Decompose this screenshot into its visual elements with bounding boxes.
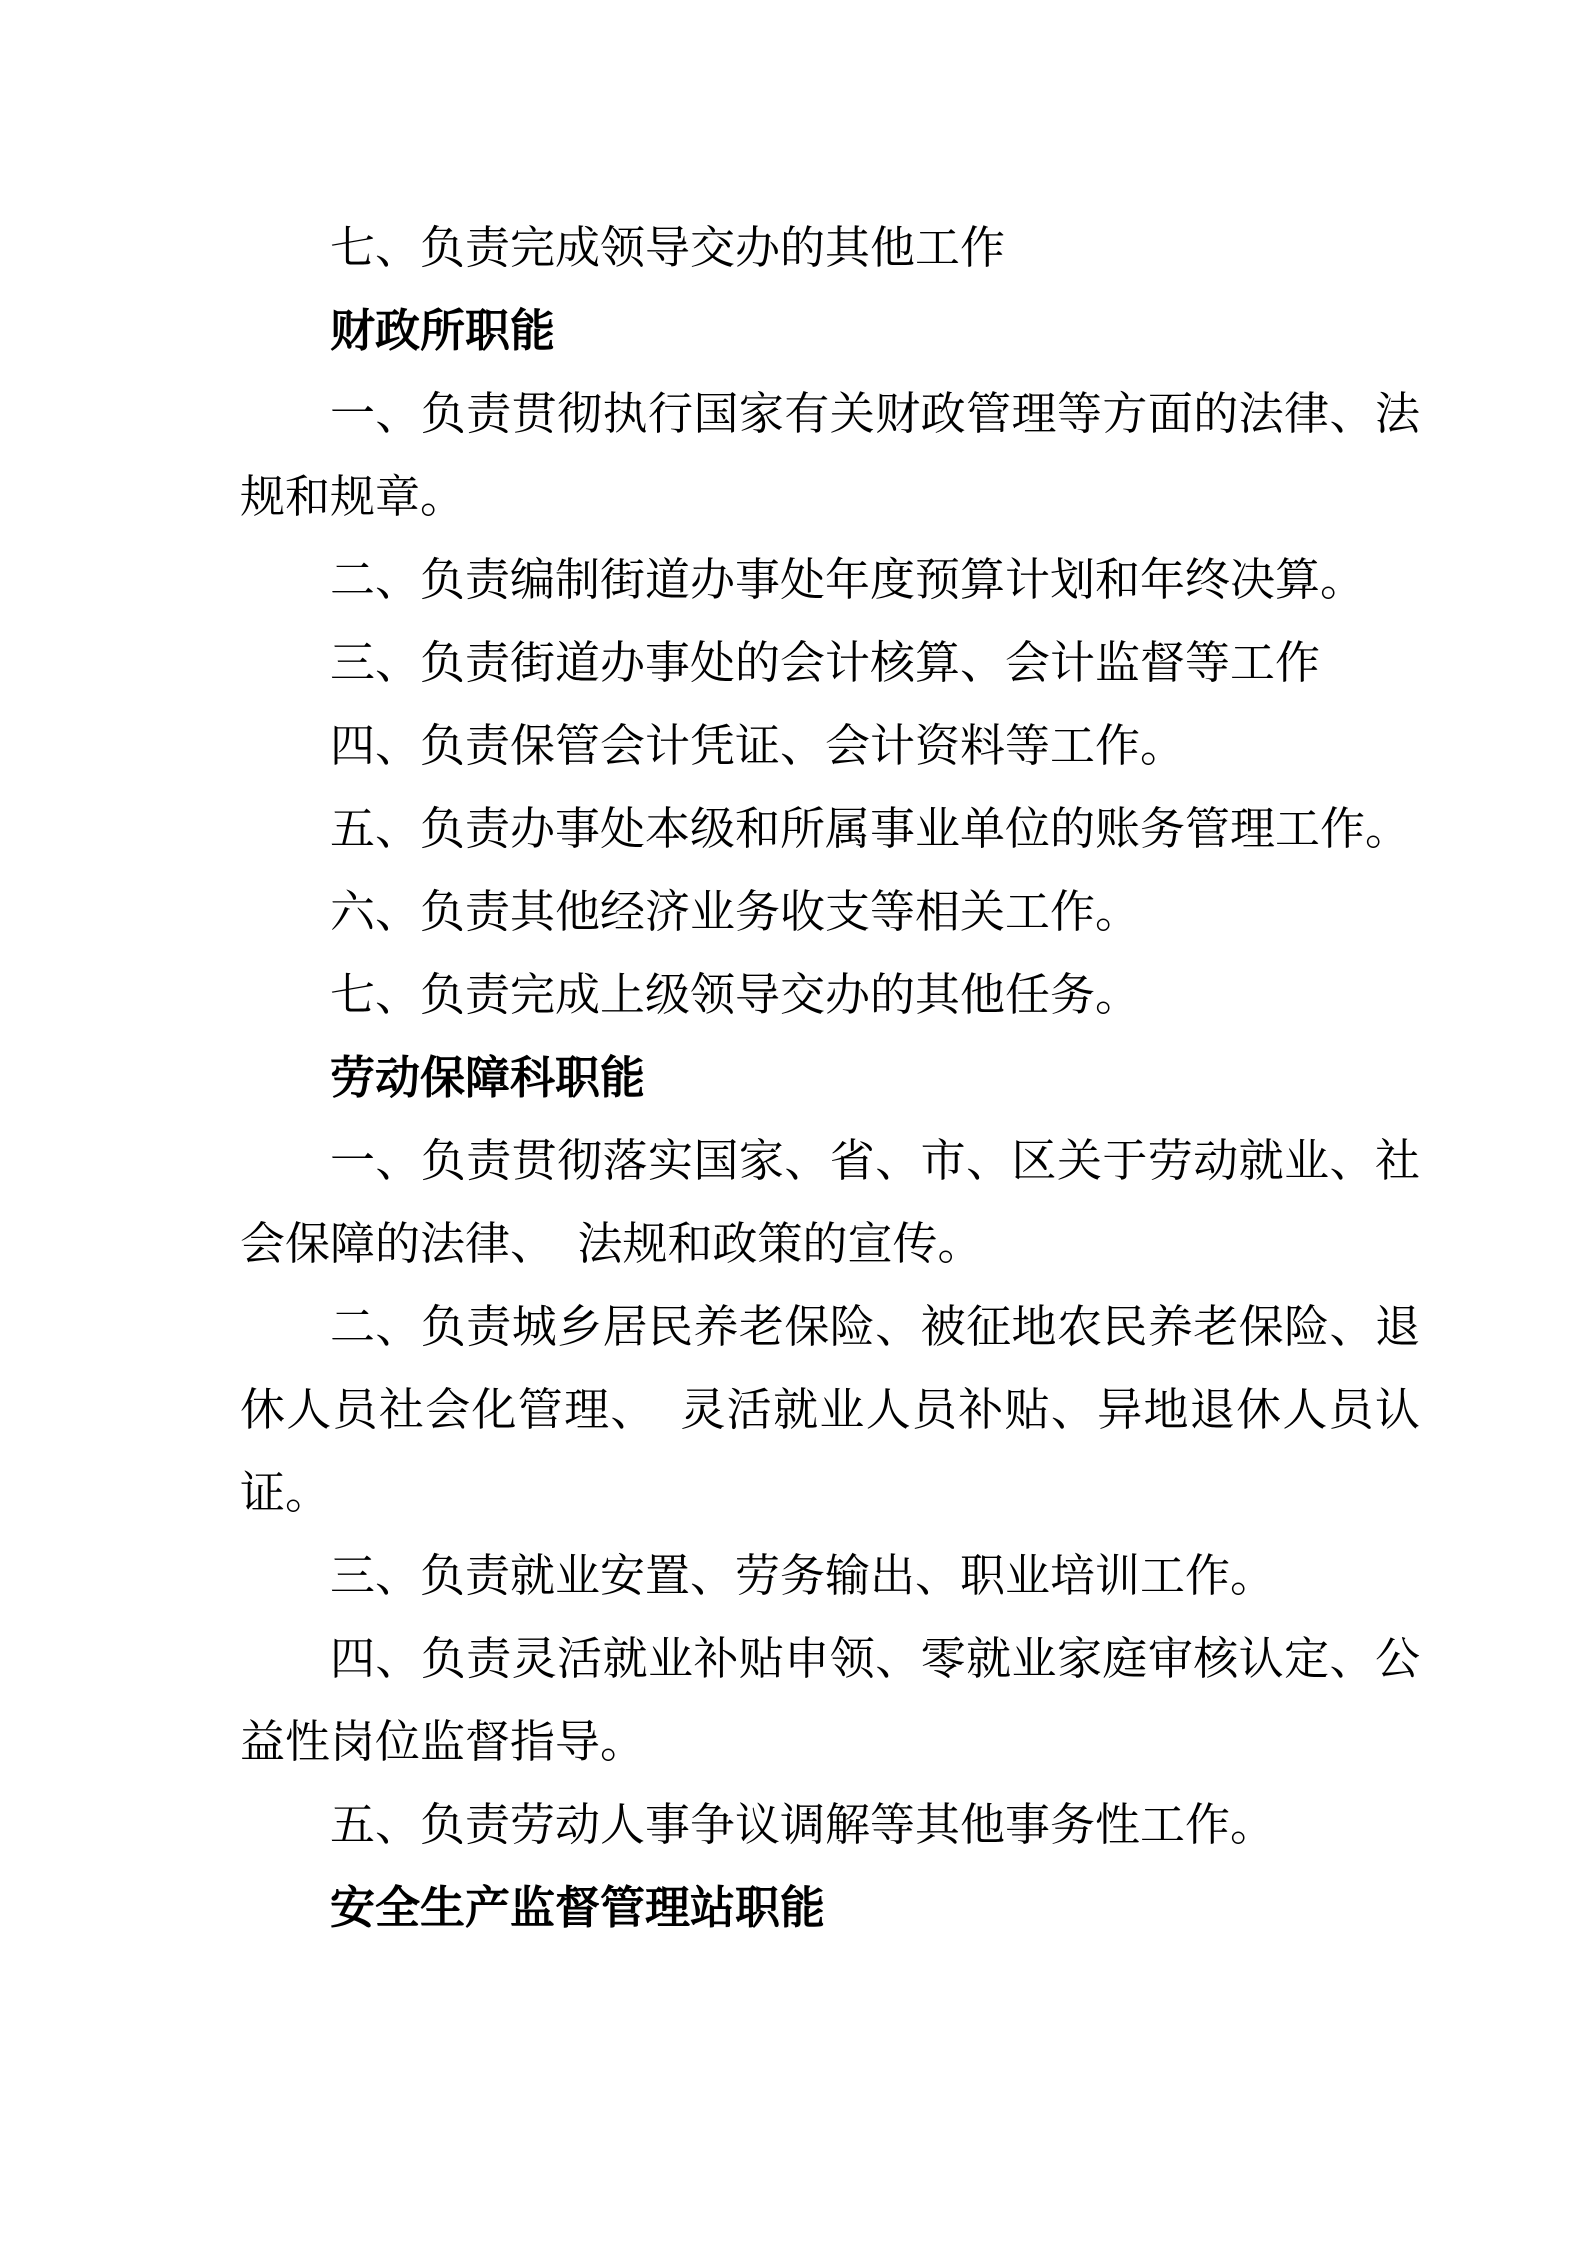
- paragraph: 三、负责就业安置、劳务输出、职业培训工作。: [240, 1535, 1420, 1618]
- paragraph: 三、负责街道办事处的会计核算、会计监督等工作: [240, 622, 1420, 705]
- paragraph: 七、负责完成上级领导交办的其他任务。: [240, 954, 1420, 1037]
- paragraph: 二、负责城乡居民养老保险、被征地农民养老保险、退休人员社会化管理、 灵活就业人员…: [240, 1286, 1420, 1535]
- paragraph: 一、负责贯彻落实国家、省、市、区关于劳动就业、社会保障的法律、 法规和政策的宣传…: [240, 1120, 1420, 1286]
- section-heading: 安全生产监督管理站职能: [240, 1867, 1420, 1950]
- paragraph: 六、负责其他经济业务收支等相关工作。: [240, 871, 1420, 954]
- paragraph: 五、负责劳动人事争议调解等其他事务性工作。: [240, 1784, 1420, 1867]
- section-heading: 劳动保障科职能: [240, 1037, 1420, 1120]
- paragraph: 四、负责保管会计凭证、会计资料等工作。: [240, 705, 1420, 788]
- paragraph: 五、负责办事处本级和所属事业单位的账务管理工作。: [240, 788, 1420, 871]
- paragraph: 一、负责贯彻执行国家有关财政管理等方面的法律、法规和规章。: [240, 373, 1420, 539]
- text-block: 七、负责完成领导交办的其他工作财政所职能一、负责贯彻执行国家有关财政管理等方面的…: [240, 207, 1420, 1950]
- document-page: 七、负责完成领导交办的其他工作财政所职能一、负责贯彻执行国家有关财政管理等方面的…: [0, 0, 1587, 2245]
- paragraph: 七、负责完成领导交办的其他工作: [240, 207, 1420, 290]
- section-heading: 财政所职能: [240, 290, 1420, 373]
- paragraph: 二、负责编制街道办事处年度预算计划和年终决算。: [240, 539, 1420, 622]
- paragraph: 四、负责灵活就业补贴申领、零就业家庭审核认定、公益性岗位监督指导。: [240, 1618, 1420, 1784]
